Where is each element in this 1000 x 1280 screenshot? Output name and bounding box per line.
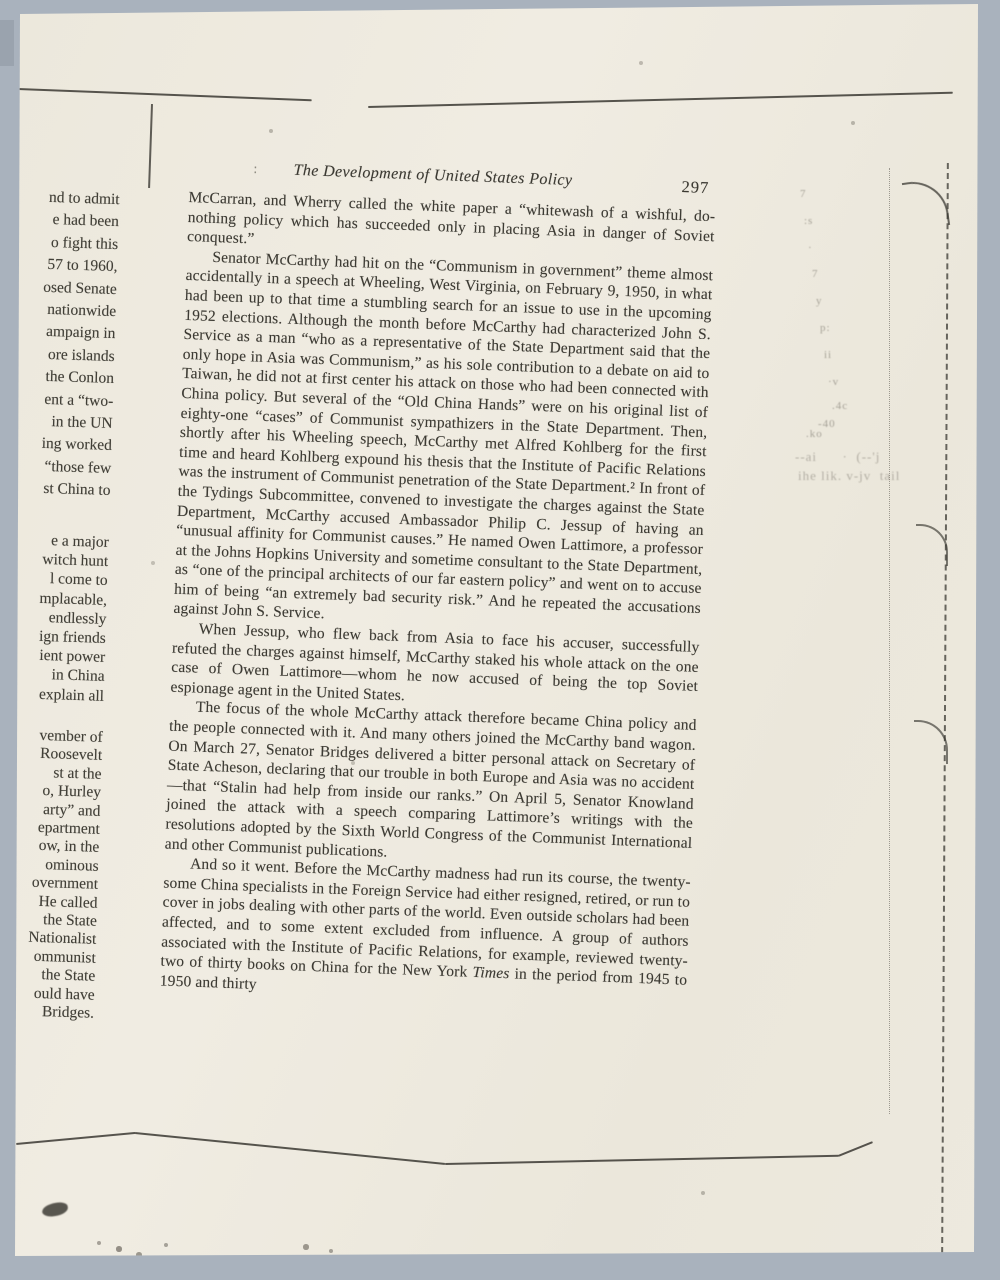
paragraph-2: Senator McCarthy had hit on the “Communi… bbox=[173, 247, 713, 638]
book-page-scan: nd to admit e had been o fight this 57 t… bbox=[0, 0, 1000, 1280]
running-header-title: The Development of United States Policy bbox=[189, 158, 676, 194]
bleed-through-mark: y bbox=[816, 295, 823, 307]
bleed-through-smudge: .ko bbox=[806, 428, 823, 440]
binding-curl-middle-2 bbox=[914, 720, 948, 764]
top-border-line-left bbox=[18, 88, 312, 101]
scan-corner-shadow bbox=[0, 20, 14, 66]
bottom-border-line-right bbox=[445, 1155, 839, 1165]
bleed-through-mark: 7 bbox=[800, 188, 807, 200]
adjacent-page-fragment-group-3: vember of Roosevelt st at the o, Hurley … bbox=[0, 726, 103, 1023]
body-text: McCarran, and Wherry called the white pa… bbox=[159, 188, 715, 1010]
bleed-through-mark: p: bbox=[820, 322, 831, 334]
bleed-through-mark: .4c bbox=[832, 400, 848, 412]
bleed-through-mark: · bbox=[808, 242, 813, 254]
binding-edge-dotted-line bbox=[889, 168, 890, 1114]
bottom-border-end-hook bbox=[838, 1141, 873, 1157]
top-border-line-right bbox=[368, 92, 953, 108]
bleed-through-mark: 7 bbox=[812, 268, 819, 280]
bleed-through-mark: :s bbox=[804, 215, 813, 227]
bleed-through-smudge: --ai · (--'j bbox=[795, 449, 880, 465]
page-content: ∶ The Development of United States Polic… bbox=[159, 158, 716, 1010]
binding-edge-dashed-line bbox=[941, 163, 949, 1253]
bleed-through-smudge: ihe lik. v-jv tail bbox=[798, 468, 900, 484]
adjacent-page-fragment-group-1: nd to admit e had been o fight this 57 t… bbox=[10, 186, 120, 503]
binding-curl-top bbox=[902, 177, 950, 230]
page-fold-tick-line bbox=[148, 104, 153, 188]
bottom-border-line-left bbox=[16, 1132, 136, 1145]
bleed-through-mark: ·v bbox=[828, 376, 839, 388]
paragraph-5: And so it went. Before the McCarthy madn… bbox=[159, 854, 691, 1010]
binding-curl-middle-1 bbox=[916, 524, 948, 566]
paper-specks bbox=[0, 0, 2, 2]
page-number: 297 bbox=[681, 177, 709, 198]
adjacent-page-text-column: nd to admit e had been o fight this 57 t… bbox=[20, 186, 120, 189]
adjacent-page-fragment-group-2: e a major witch hunt l come to mplacable… bbox=[4, 530, 109, 706]
bottom-border-line-mid bbox=[135, 1132, 446, 1165]
paragraph-5-text: And so it went. Before the McCarthy madn… bbox=[160, 856, 691, 981]
ink-blot bbox=[41, 1201, 69, 1217]
bleed-through-mark: ii bbox=[824, 349, 832, 361]
paragraph-4: The focus of the whole McCarthy attack t… bbox=[164, 697, 696, 873]
book-title-italic: Times bbox=[472, 964, 510, 982]
